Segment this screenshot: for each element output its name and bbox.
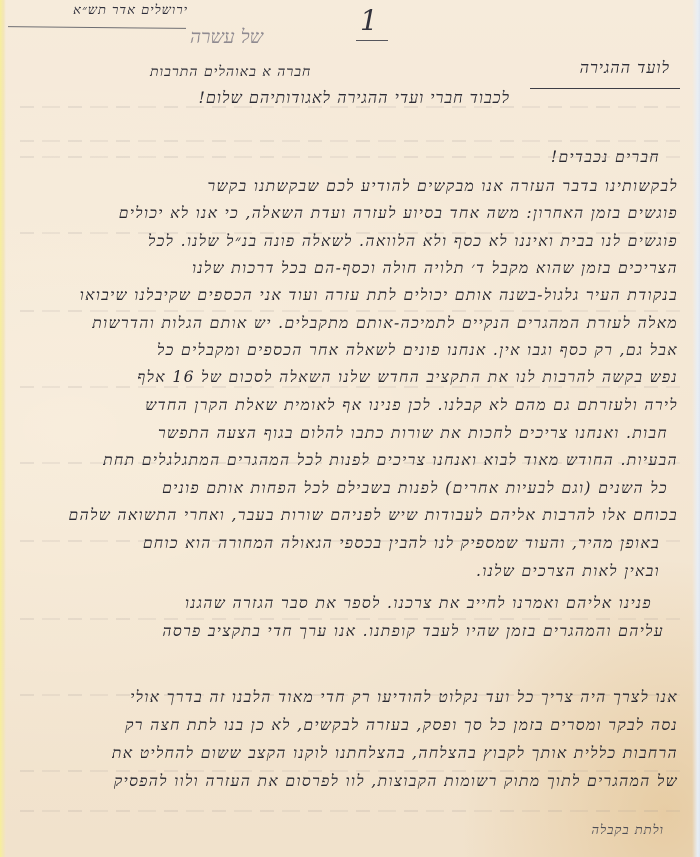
paper-right-edge	[692, 0, 700, 857]
sender-line: חברה א באוהלים התרבות	[150, 64, 311, 81]
body-line: נסה לבקר ומסרים בזמן כל סך ופסק, בעזרה ל…	[125, 716, 678, 735]
body-line: אבל גם, רק כסף וגבו אין. אנחנו פונים לשא…	[157, 341, 678, 360]
body-line: הצריכים בזמן שהוא מקבל ד׳ תלויה חולה וכס…	[192, 259, 678, 278]
bleed-through-line	[20, 310, 680, 312]
page-number: 1	[360, 4, 378, 37]
pencil-annotation: של עשרה	[190, 26, 263, 49]
page-number-underline	[356, 40, 388, 41]
letter-page: ירושלים אדר תש״א של עשרה 1 לועד ההגירה ח…	[0, 0, 700, 857]
salutation-recipients: לכבוד חברי ועדי ההגירה לאגודותיהם שלום!	[180, 88, 510, 108]
body-line: פוגשים בזמן האחרון: משה אחד בסיוע לעזרה …	[119, 204, 678, 223]
addressee-underline	[530, 88, 680, 89]
body-line: פנינו אליהם ואמרנו לחייב את צרכנו. לספר …	[185, 594, 652, 613]
body-line: נפש בקשה להרבות לנו את התקציב החדש שלנו …	[137, 368, 678, 387]
body-line: הרחבות כללית אותך לקבוץ בהצלחה, בהצלחתנו…	[112, 744, 678, 763]
body-line: כל השנים (וגם לבעיות אחרים) לפנות בשבילם…	[162, 479, 668, 498]
body-line: חבות. ואנחנו צריכים לחכות את שורות כתבו …	[158, 424, 668, 443]
letter-date: ירושלים אדר תש״א	[8, 2, 188, 18]
body-line: פוגשים לנו בבית ואיננו לא כסף ולא הלוואה…	[148, 232, 678, 251]
body-line: ובאין לאות הצרכים שלנו.	[476, 562, 660, 581]
bleed-through-line	[20, 140, 680, 142]
body-line-greeting: חברים נכבדים!	[551, 148, 660, 167]
body-line: לירה ולעזרתם גם מהם לא קבלנו. לכן פנינו …	[145, 396, 678, 415]
addressee-heading: לועד ההגירה	[580, 58, 670, 78]
body-line: באופן מהיר, והעוד שמספיק לנו להבין בכספי…	[143, 534, 660, 553]
body-line: לבקשותינו בדבר העזרה אנו מבקשים להודיע ל…	[208, 177, 678, 196]
body-line: בכוחם אלו להרבות אליהם לעבודות שיש לפניה…	[69, 506, 678, 525]
body-line: עליהם והמהגרים בזמן שהיו לעבד קופתנו. אנ…	[162, 622, 664, 641]
body-line: מאלה לעזרת המהגרים הנקיים לתמיכה-אותם מת…	[92, 314, 678, 333]
body-line: אנו לצרך היה צריך כל ועד נקלוט להודיעו ר…	[130, 688, 678, 707]
body-line: של המהגרים לתוך מתוק רשומות הקבוצות, לוו…	[114, 772, 678, 791]
body-line: הבעיות. החודש מאוד לבוא ואנחנו צריכים לפ…	[103, 451, 678, 470]
paper-left-edge	[0, 0, 6, 857]
closing-signature: ולתת בקבלה	[591, 822, 664, 838]
bleed-through-line	[20, 810, 680, 812]
body-line: בנקודת העיר גלגול-בשנה אותם יכולים לתת ע…	[80, 286, 678, 305]
date-underline	[8, 26, 186, 29]
bleed-through-line	[20, 618, 680, 620]
